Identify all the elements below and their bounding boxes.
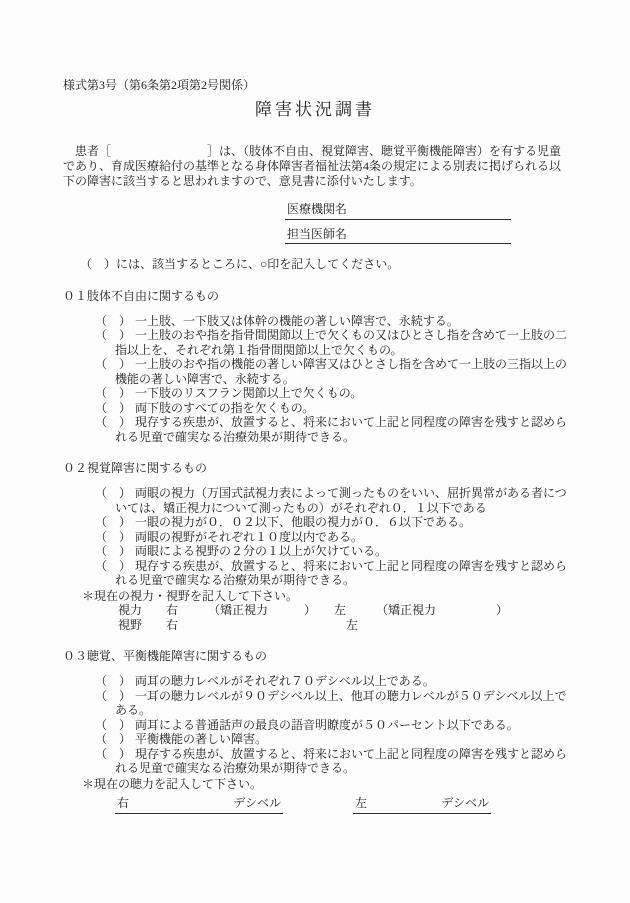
circle-mark-field[interactable]: （ ） xyxy=(95,544,135,559)
circle-mark-field[interactable]: （ ） xyxy=(95,357,135,372)
disability-item: （ ）一上肢、一下肢又は体幹の機能の著しい障害で、永続する。 xyxy=(95,314,567,329)
circle-mark-field[interactable]: （ ） xyxy=(95,401,135,416)
medical-institution-label: 医療機関名 xyxy=(287,202,347,217)
doctor-name-value[interactable] xyxy=(347,227,511,242)
vision-field-row[interactable]: 視野 右 左 xyxy=(118,618,567,633)
circle-mark-field[interactable]: （ ） xyxy=(95,486,135,501)
circle-mark-field[interactable]: （ ） xyxy=(95,386,135,401)
disability-item: （ ）平衡機能の著しい障害。 xyxy=(95,732,567,747)
circle-mark-field[interactable]: （ ） xyxy=(95,689,135,704)
circle-mark-field[interactable]: （ ） xyxy=(95,747,135,762)
item-text: 両耳の聴力レベルがそれぞれ７０デシベル以上である。 xyxy=(135,674,435,688)
item-text: 両眼の視力（万国式試視力表によって測ったものをいい、屈折異常がある者については、… xyxy=(115,486,567,515)
item-text: 一上肢のおや指を指骨間関節以上で欠くもの又はひとさし指を含めて一上肢の二指以上を… xyxy=(115,328,567,357)
item-text: 両眼の視野がそれぞれ１０度以内である。 xyxy=(135,530,363,544)
item-text: 一眼の視力が０．０２以下、他眼の視力が０．６以下である。 xyxy=(135,515,471,529)
vision-acuity-row[interactable]: 視力 右 （矯正視力 ） 左 （矯正視力 ） xyxy=(118,603,567,618)
item-text: 両眼による視野の２分の１以上が欠けている。 xyxy=(135,544,387,558)
doctor-name-field[interactable]: 担当医師名 xyxy=(285,224,511,245)
section-limb-disability: ０１肢体不自由に関するもの （ ）一上肢、一下肢又は体幹の機能の著しい障害で、永… xyxy=(63,289,567,445)
section-visual-disability: ０２視覚障害に関するもの （ ）両眼の視力（万国式試視力表によって測ったものをい… xyxy=(63,461,567,632)
circle-mark-field[interactable]: （ ） xyxy=(95,732,135,747)
item-text: 一下肢のリスフラン関節以上で欠くもの。 xyxy=(135,386,362,400)
item-text: 平衡機能の著しい障害。 xyxy=(135,732,267,746)
circle-mark-field[interactable]: （ ） xyxy=(95,530,135,545)
disability-item: （ ）一眼の視力が０．０２以下、他眼の視力が０．６以下である。 xyxy=(95,515,567,530)
circle-mark-field[interactable]: （ ） xyxy=(95,559,135,574)
item-list: （ ）両耳の聴力レベルがそれぞれ７０デシベル以上である。 （ ）一耳の聴力レベル… xyxy=(63,674,567,776)
section-heading: ０２視覚障害に関するもの xyxy=(63,461,567,476)
document-page: 様式第3号（第6条第2項第2号関係） 障害状況調書 患者［ ］は、（肢体不自由、… xyxy=(0,0,630,814)
item-list: （ ）両眼の視力（万国式試視力表によって測ったものをいい、屈折異常がある者につい… xyxy=(63,486,567,588)
circle-mark-field[interactable]: （ ） xyxy=(95,515,135,530)
section-heading: ０１肢体不自由に関するもの xyxy=(63,289,567,304)
disability-item: （ ）一上肢のおや指を指骨間関節以上で欠くもの又はひとさし指を含めて一上肢の二指… xyxy=(95,328,567,357)
circle-mark-field[interactable]: （ ） xyxy=(95,314,135,329)
disability-item: （ ）現存する疾患が、放置すると、将来において上記と同程度の障害を残すと認められ… xyxy=(95,559,567,588)
medical-institution-field[interactable]: 医療機関名 xyxy=(285,199,511,220)
circle-mark-field[interactable]: （ ） xyxy=(95,674,135,689)
item-text: 一耳の聴力レベルが９０デシベル以上、他耳の聴力レベルが５０デシベル以上である。 xyxy=(115,689,567,718)
hearing-left-unit: デシベル xyxy=(441,796,489,811)
disability-item: （ ）現存する疾患が、放置すると、将来において上記と同程度の障害を残すと認められ… xyxy=(95,747,567,776)
circle-mark-field[interactable]: （ ） xyxy=(95,718,135,733)
circle-mark-field[interactable]: （ ） xyxy=(95,328,135,343)
signature-block: 医療機関名 担当医師名 xyxy=(285,199,511,244)
hearing-right-field[interactable]: 右 デシベル xyxy=(115,796,283,814)
intro-paragraph: 患者［ ］は、（肢体不自由、視覚障害、聴覚平衡機能障害）を有する児童であり、育成… xyxy=(63,144,567,189)
item-text: 現存する疾患が、放置すると、将来において上記と同程度の障害を残すと認められる児童… xyxy=(115,559,567,588)
item-text: 現存する疾患が、放置すると、将来において上記と同程度の障害を残すと認められる児童… xyxy=(115,747,567,776)
medical-institution-value[interactable] xyxy=(347,202,511,217)
section-heading: ０３聴覚、平衡機能障害に関するもの xyxy=(63,649,567,664)
item-text: 現存する疾患が、放置すると、将来において上記と同程度の障害を残すと認められる児童… xyxy=(115,415,567,444)
hearing-right-label: 右 xyxy=(117,796,129,811)
doctor-name-label: 担当医師名 xyxy=(287,227,347,242)
disability-item: （ ）両耳による普通話声の最良の語音明瞭度が５０パーセント以下である。 xyxy=(95,718,567,733)
hearing-note: ＊現在の聴力を記入して下さい。 xyxy=(82,777,567,792)
disability-item: （ ）両眼による視野の２分の１以上が欠けている。 xyxy=(95,544,567,559)
hearing-fields-row: 右 デシベル 左 デシベル xyxy=(115,796,567,814)
hearing-left-field[interactable]: 左 デシベル xyxy=(353,796,491,814)
item-text: 一上肢、一下肢又は体幹の機能の著しい障害で、永続する。 xyxy=(135,314,459,328)
fill-instruction: （ ）には、該当するところに、○印を記入してください。 xyxy=(80,257,567,272)
hearing-left-label: 左 xyxy=(355,796,367,811)
disability-item: （ ）現存する疾患が、放置すると、将来において上記と同程度の障害を残すと認められ… xyxy=(95,415,567,444)
form-number: 様式第3号（第6条第2項第2号関係） xyxy=(63,78,567,92)
disability-item: （ ）一下肢のリスフラン関節以上で欠くもの。 xyxy=(95,386,567,401)
section-hearing-balance-disability: ０３聴覚、平衡機能障害に関するもの （ ）両耳の聴力レベルがそれぞれ７０デシベル… xyxy=(63,649,567,814)
hearing-right-unit: デシベル xyxy=(233,796,281,811)
circle-mark-field[interactable]: （ ） xyxy=(95,415,135,430)
page-title: 障害状況調書 xyxy=(63,98,567,122)
item-text: 両耳による普通話声の最良の語音明瞭度が５０パーセント以下である。 xyxy=(135,718,519,732)
disability-item: （ ）両下肢のすべての指を欠くもの。 xyxy=(95,401,567,416)
disability-item: （ ）両眼の視野がそれぞれ１０度以内である。 xyxy=(95,530,567,545)
disability-item: （ ）両眼の視力（万国式試視力表によって測ったものをいい、屈折異常がある者につい… xyxy=(95,486,567,515)
disability-item: （ ）一耳の聴力レベルが９０デシベル以上、他耳の聴力レベルが５０デシベル以上であ… xyxy=(95,689,567,718)
disability-item: （ ）一上肢のおや指の機能の著しい障害又はひとさし指を含めて一上肢の三指以上の機… xyxy=(95,357,567,386)
vision-note: ＊現在の視力・視野を記入して下さい。 xyxy=(82,589,567,604)
item-text: 両下肢のすべての指を欠くもの。 xyxy=(135,401,314,415)
item-text: 一上肢のおや指の機能の著しい障害又はひとさし指を含めて一上肢の三指以上の機能の著… xyxy=(115,357,567,386)
disability-item: （ ）両耳の聴力レベルがそれぞれ７０デシベル以上である。 xyxy=(95,674,567,689)
item-list: （ ）一上肢、一下肢又は体幹の機能の著しい障害で、永続する。 （ ）一上肢のおや… xyxy=(63,314,567,445)
